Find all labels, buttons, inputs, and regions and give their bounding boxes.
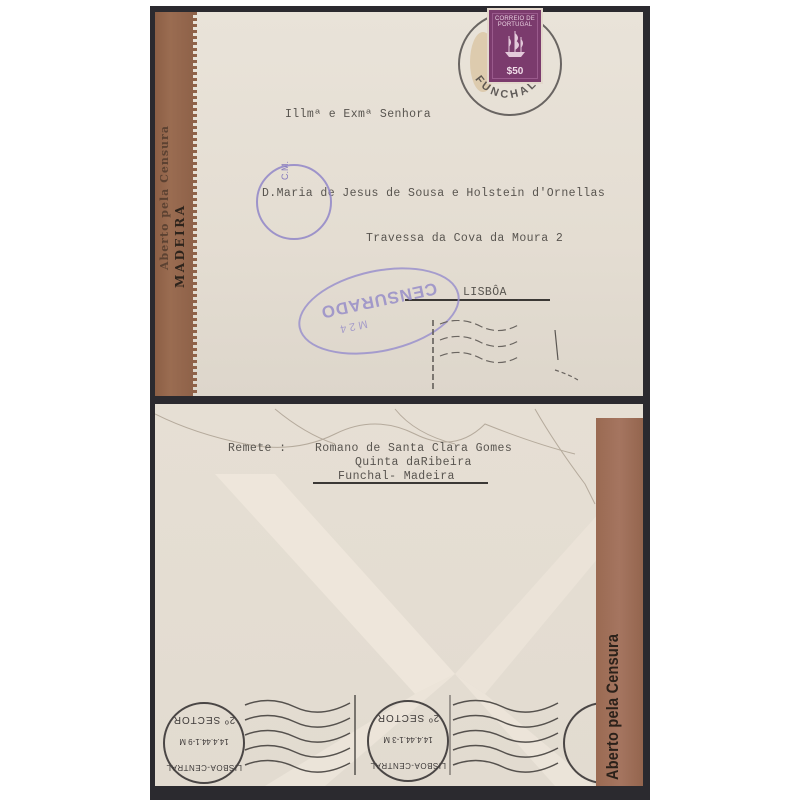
censor-tape-back-text: Aberto pela Censura bbox=[603, 634, 623, 780]
stamp-header: CORREIO DE PORTUGAL bbox=[489, 16, 541, 28]
cancel-datestamp-2: 2º SECTOR 14.4.44.1-3 M LISBOA-CENTRAL bbox=[367, 700, 449, 782]
postage-stamp: CORREIO DE PORTUGAL $50 bbox=[489, 10, 541, 82]
censor-round-handstamp bbox=[256, 164, 332, 240]
censor-tape-front-line2: MADEIRA bbox=[173, 203, 187, 288]
machine-cancel-wave-icon bbox=[240, 695, 360, 775]
sender-underline bbox=[313, 482, 488, 484]
addressee-street: Travessa da Cova da Moura 2 bbox=[366, 232, 563, 245]
machine-cancel-wave-icon bbox=[448, 695, 568, 775]
machine-cancel-wave-icon bbox=[430, 320, 580, 390]
censor-round-text: C.M. bbox=[280, 161, 290, 180]
stamp-value: $50 bbox=[489, 66, 541, 77]
caravel-ship-icon bbox=[503, 28, 527, 60]
addressee-city: LISBÔA bbox=[463, 286, 507, 299]
censor-tape-front-line1: Aberto pela Censura bbox=[158, 125, 171, 270]
cancel-datestamp-1: 2º SECTOR 14.4.44.1-9 M LISBOA-CENTRAL bbox=[163, 702, 245, 784]
salutation: Illmª e Exmª Senhora bbox=[285, 108, 431, 121]
sender-address-line1: Quinta daRibeira bbox=[355, 456, 472, 469]
sender-name: Romano de Santa Clara Gomes bbox=[315, 442, 512, 455]
sender-label: Remete : bbox=[228, 442, 286, 455]
